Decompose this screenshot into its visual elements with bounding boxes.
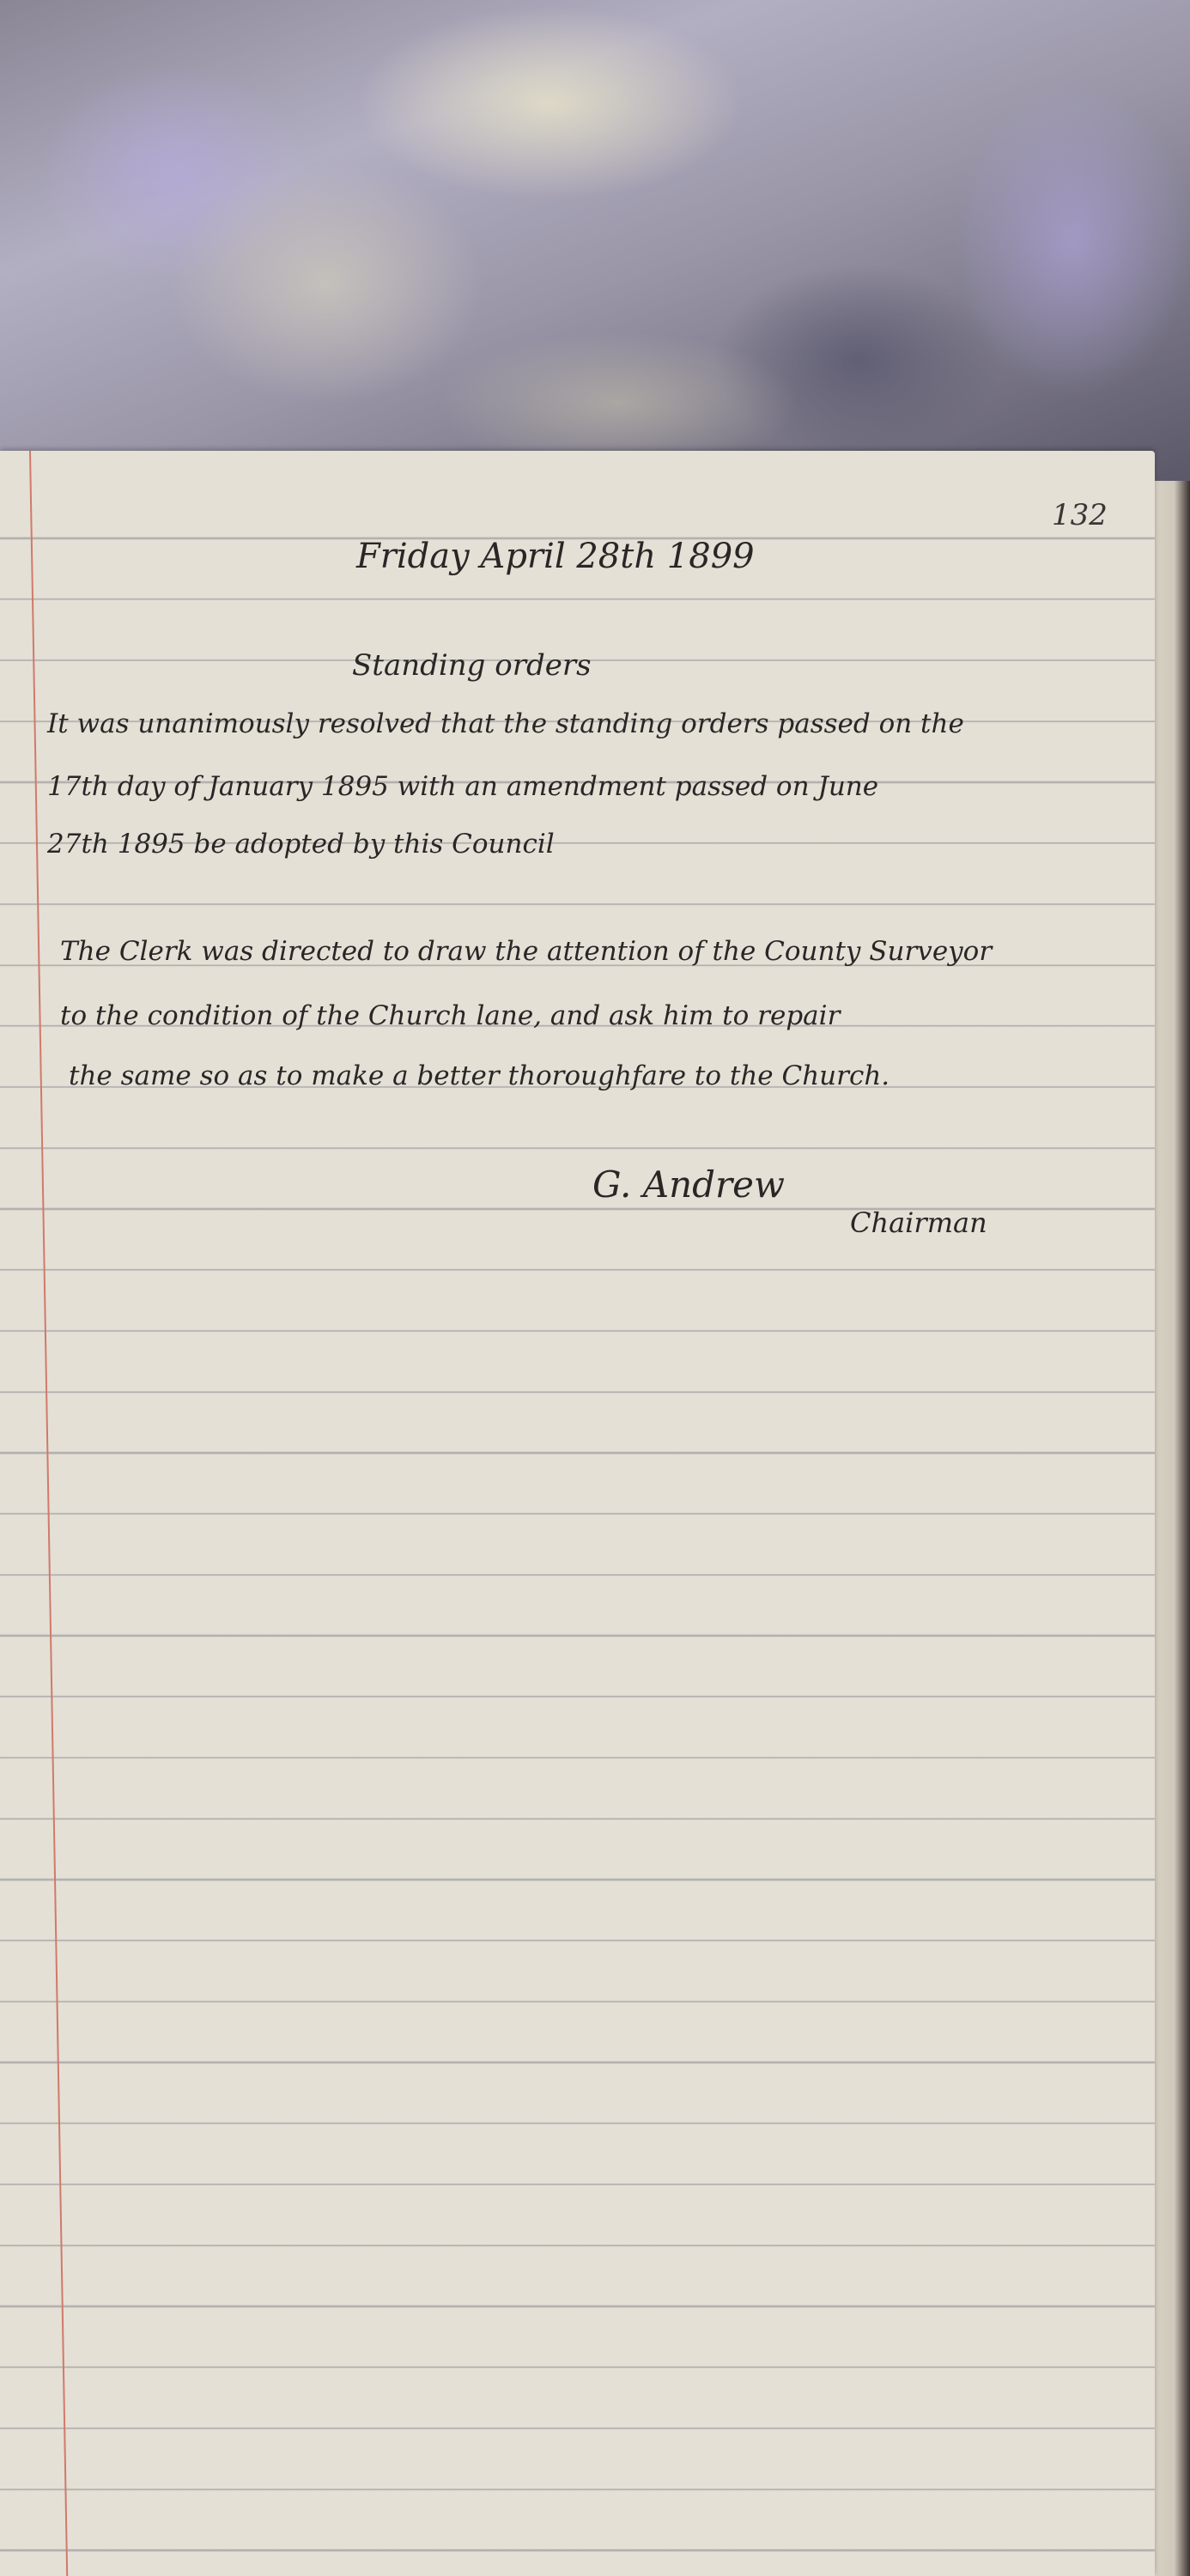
paragraph-line: the same so as to make a better thorough… [69,1060,889,1091]
paragraph-line: 27th 1895 be adopted by this Council [47,829,555,860]
section-title-standing-orders: Standing orders [352,648,592,683]
crumpled-foil-backdrop [0,0,1190,481]
book-page-edges [1151,481,1190,2576]
paragraph-line: It was unanimously resolved that the sta… [47,708,964,739]
page-number: 132 [1052,498,1108,532]
red-margin-line [29,451,68,2576]
paragraph-line: The Clerk was directed to draw the atten… [60,936,992,967]
date-heading: Friday April 28th 1899 [356,537,755,576]
ledger-page: 132 Friday April 28th 1899 Standing orde… [0,451,1155,2576]
signature-title: Chairman [850,1206,987,1239]
paragraph-line: 17th day of January 1895 with an amendme… [47,771,878,802]
chairman-signature: G. Andrew [592,1163,785,1206]
paragraph-line: to the condition of the Church lane, and… [60,1000,840,1031]
